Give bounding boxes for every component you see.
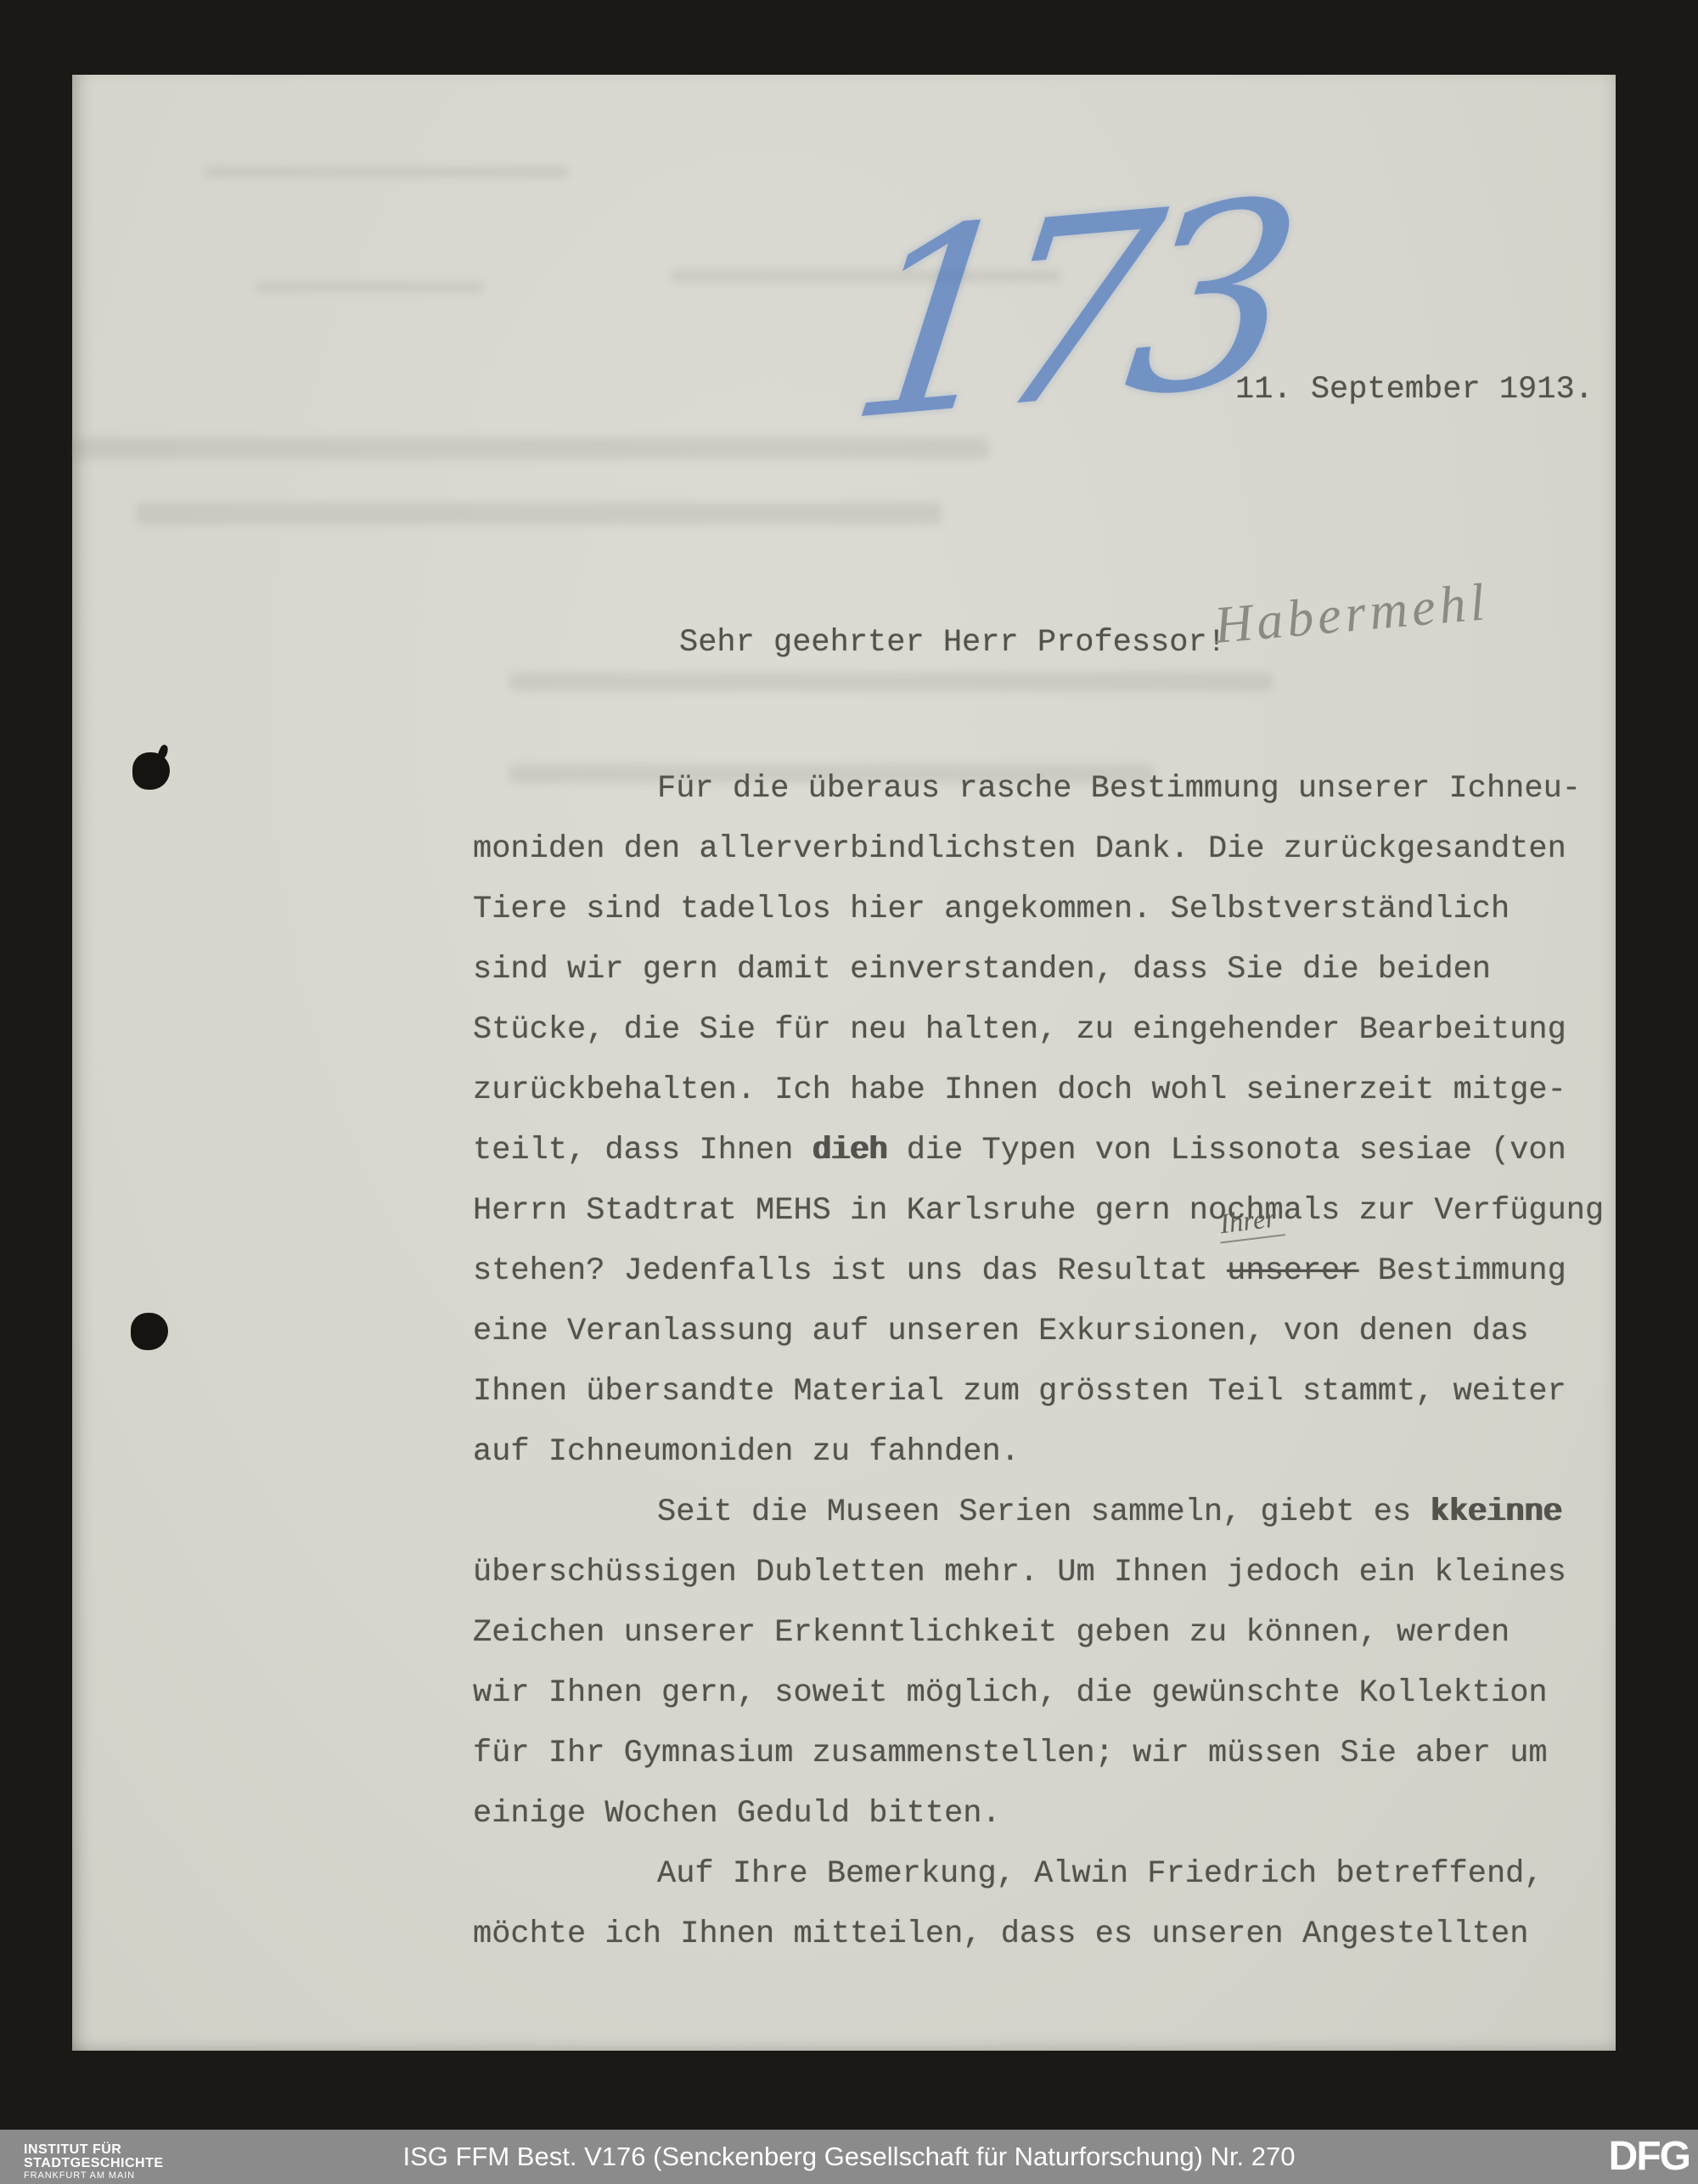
letter-line: eine Veranlassung auf unseren Exkursione… — [473, 1302, 1604, 1362]
letter-line: Herrn Stadtrat MEHS in Karlsruhe gern no… — [473, 1181, 1604, 1241]
letter-page: 173 11. September 1913. Sehr geehrter He… — [72, 75, 1616, 2051]
letter-line-text: Seit die Museen Serien sammeln, giebt es — [657, 1494, 1430, 1530]
letter-line: Auf Ihre Bemerkung, Alwin Friedrich betr… — [473, 1844, 1604, 1905]
dfg-logo: DFG — [1609, 2133, 1690, 2180]
letter-line: überschüssigen Dubletten mehr. Um Ihnen … — [473, 1543, 1604, 1603]
letter-line: Seit die Museen Serien sammeln, giebt es… — [473, 1483, 1604, 1543]
letter-line-text: teilt, dass Ihnen — [473, 1133, 812, 1168]
letter-line-text: auf Ichneumoniden zu fahnden. — [473, 1434, 1020, 1470]
letter-line-text: Bestimmung — [1359, 1253, 1566, 1289]
letter-line-text: Herrn Stadtrat MEHS in Karlsruhe gern no… — [473, 1193, 1604, 1229]
institute-name-line1: INSTITUT FÜR — [24, 2143, 164, 2157]
letter-line-text: wir Ihnen gern, soweit möglich, die gewü… — [473, 1675, 1548, 1711]
handwritten-recipient-name: Habermehl — [1212, 572, 1492, 656]
bleed-through-smudge — [204, 166, 569, 177]
bleed-through-smudge — [509, 673, 1273, 691]
letter-line: sind wir gern damit einverstanden, dass … — [473, 940, 1604, 1000]
letter-line-text: einige Wochen Geduld bitten. — [473, 1796, 1001, 1832]
letter-line: wir Ihnen gern, soweit möglich, die gewü… — [473, 1663, 1604, 1724]
salutation: Sehr geehrter Herr Professor! — [679, 623, 1226, 662]
letter-line-text: zurückbehalten. Ich habe Ihnen doch wohl… — [473, 1072, 1566, 1108]
letter-line-text: Auf Ihre Bemerkung, Alwin Friedrich betr… — [657, 1856, 1543, 1892]
overtyped-word: kkeinne — [1430, 1494, 1561, 1530]
letter-line-text: moniden den allerverbindlichsten Dank. D… — [473, 831, 1566, 867]
letter-line-text: Tiere sind tadellos hier angekommen. Sel… — [473, 892, 1510, 927]
letter-body: Für die überaus rasche Bestimmung unsere… — [473, 759, 1604, 1965]
letter-line: Stücke, die Sie für neu halten, zu einge… — [473, 1000, 1604, 1061]
letter-line: einige Wochen Geduld bitten. — [473, 1784, 1604, 1844]
letter-line: stehen? Jedenfalls ist uns das Resultat … — [473, 1241, 1604, 1302]
letter-line-text: Zeichen unserer Erkenntlichkeit geben zu… — [473, 1615, 1510, 1651]
letter-line: moniden den allerverbindlichsten Dank. D… — [473, 819, 1604, 880]
letter-date: 11. September 1913. — [1235, 372, 1594, 408]
punch-hole — [131, 1313, 168, 1350]
letter-line: Ihnen übersandte Material zum grössten T… — [473, 1362, 1604, 1422]
letter-line-text: die Typen von Lissonota sesiae (von — [888, 1133, 1566, 1168]
letter-line-text: Für die überaus rasche Bestimmung unsere… — [657, 771, 1581, 807]
bleed-through-smudge — [136, 503, 942, 525]
letter-line: zurückbehalten. Ich habe Ihnen doch wohl… — [473, 1061, 1604, 1121]
letter-line-text: sind wir gern damit einverstanden, dass … — [473, 952, 1491, 988]
letter-line-text: möchte ich Ihnen mitteilen, dass es unse… — [473, 1917, 1528, 1952]
punch-hole — [132, 752, 170, 790]
institute-logo: INSTITUT FÜR STADTGESCHICHTE FRANKFURT A… — [24, 2143, 164, 2181]
bleed-through-smudge — [255, 282, 484, 292]
overtyped-word: dieh — [812, 1133, 888, 1168]
letter-line: teilt, dass Ihnen dieh die Typen von Lis… — [473, 1121, 1604, 1181]
letter-line-text: Ihnen übersandte Material zum grössten T… — [473, 1374, 1566, 1410]
letter-line: auf Ichneumoniden zu fahnden. — [473, 1422, 1604, 1483]
scan-background: 173 11. September 1913. Sehr geehrter He… — [0, 0, 1698, 2184]
letter-line: Zeichen unserer Erkenntlichkeit geben zu… — [473, 1603, 1604, 1663]
letter-line: möchte ich Ihnen mitteilen, dass es unse… — [473, 1905, 1604, 1965]
letter-line: Für die überaus rasche Bestimmung unsere… — [473, 759, 1604, 819]
letter-line-text: überschüssigen Dubletten mehr. Um Ihnen … — [473, 1555, 1566, 1590]
struck-word: unserer — [1227, 1253, 1358, 1289]
letter-line-text: stehen? Jedenfalls ist uns das Resultat — [473, 1253, 1227, 1289]
archive-reference: ISG FFM Best. V176 (Senckenberg Gesellsc… — [402, 2142, 1295, 2172]
letter-line: Tiere sind tadellos hier angekommen. Sel… — [473, 880, 1604, 940]
handwritten-page-number: 173 — [839, 168, 1286, 458]
letter-line-text: Stücke, die Sie für neu halten, zu einge… — [473, 1012, 1566, 1048]
letter-line-text: für Ihr Gymnasium zusammenstellen; wir m… — [473, 1736, 1548, 1771]
archive-footer-bar: INSTITUT FÜR STADTGESCHICHTE FRANKFURT A… — [0, 2130, 1698, 2184]
institute-name-line2: STADTGESCHICHTE — [24, 2157, 164, 2170]
institute-name-line3: FRANKFURT AM MAIN — [24, 2170, 164, 2181]
letter-line: für Ihr Gymnasium zusammenstellen; wir m… — [473, 1724, 1604, 1784]
letter-line-text: eine Veranlassung auf unseren Exkursione… — [473, 1314, 1528, 1349]
